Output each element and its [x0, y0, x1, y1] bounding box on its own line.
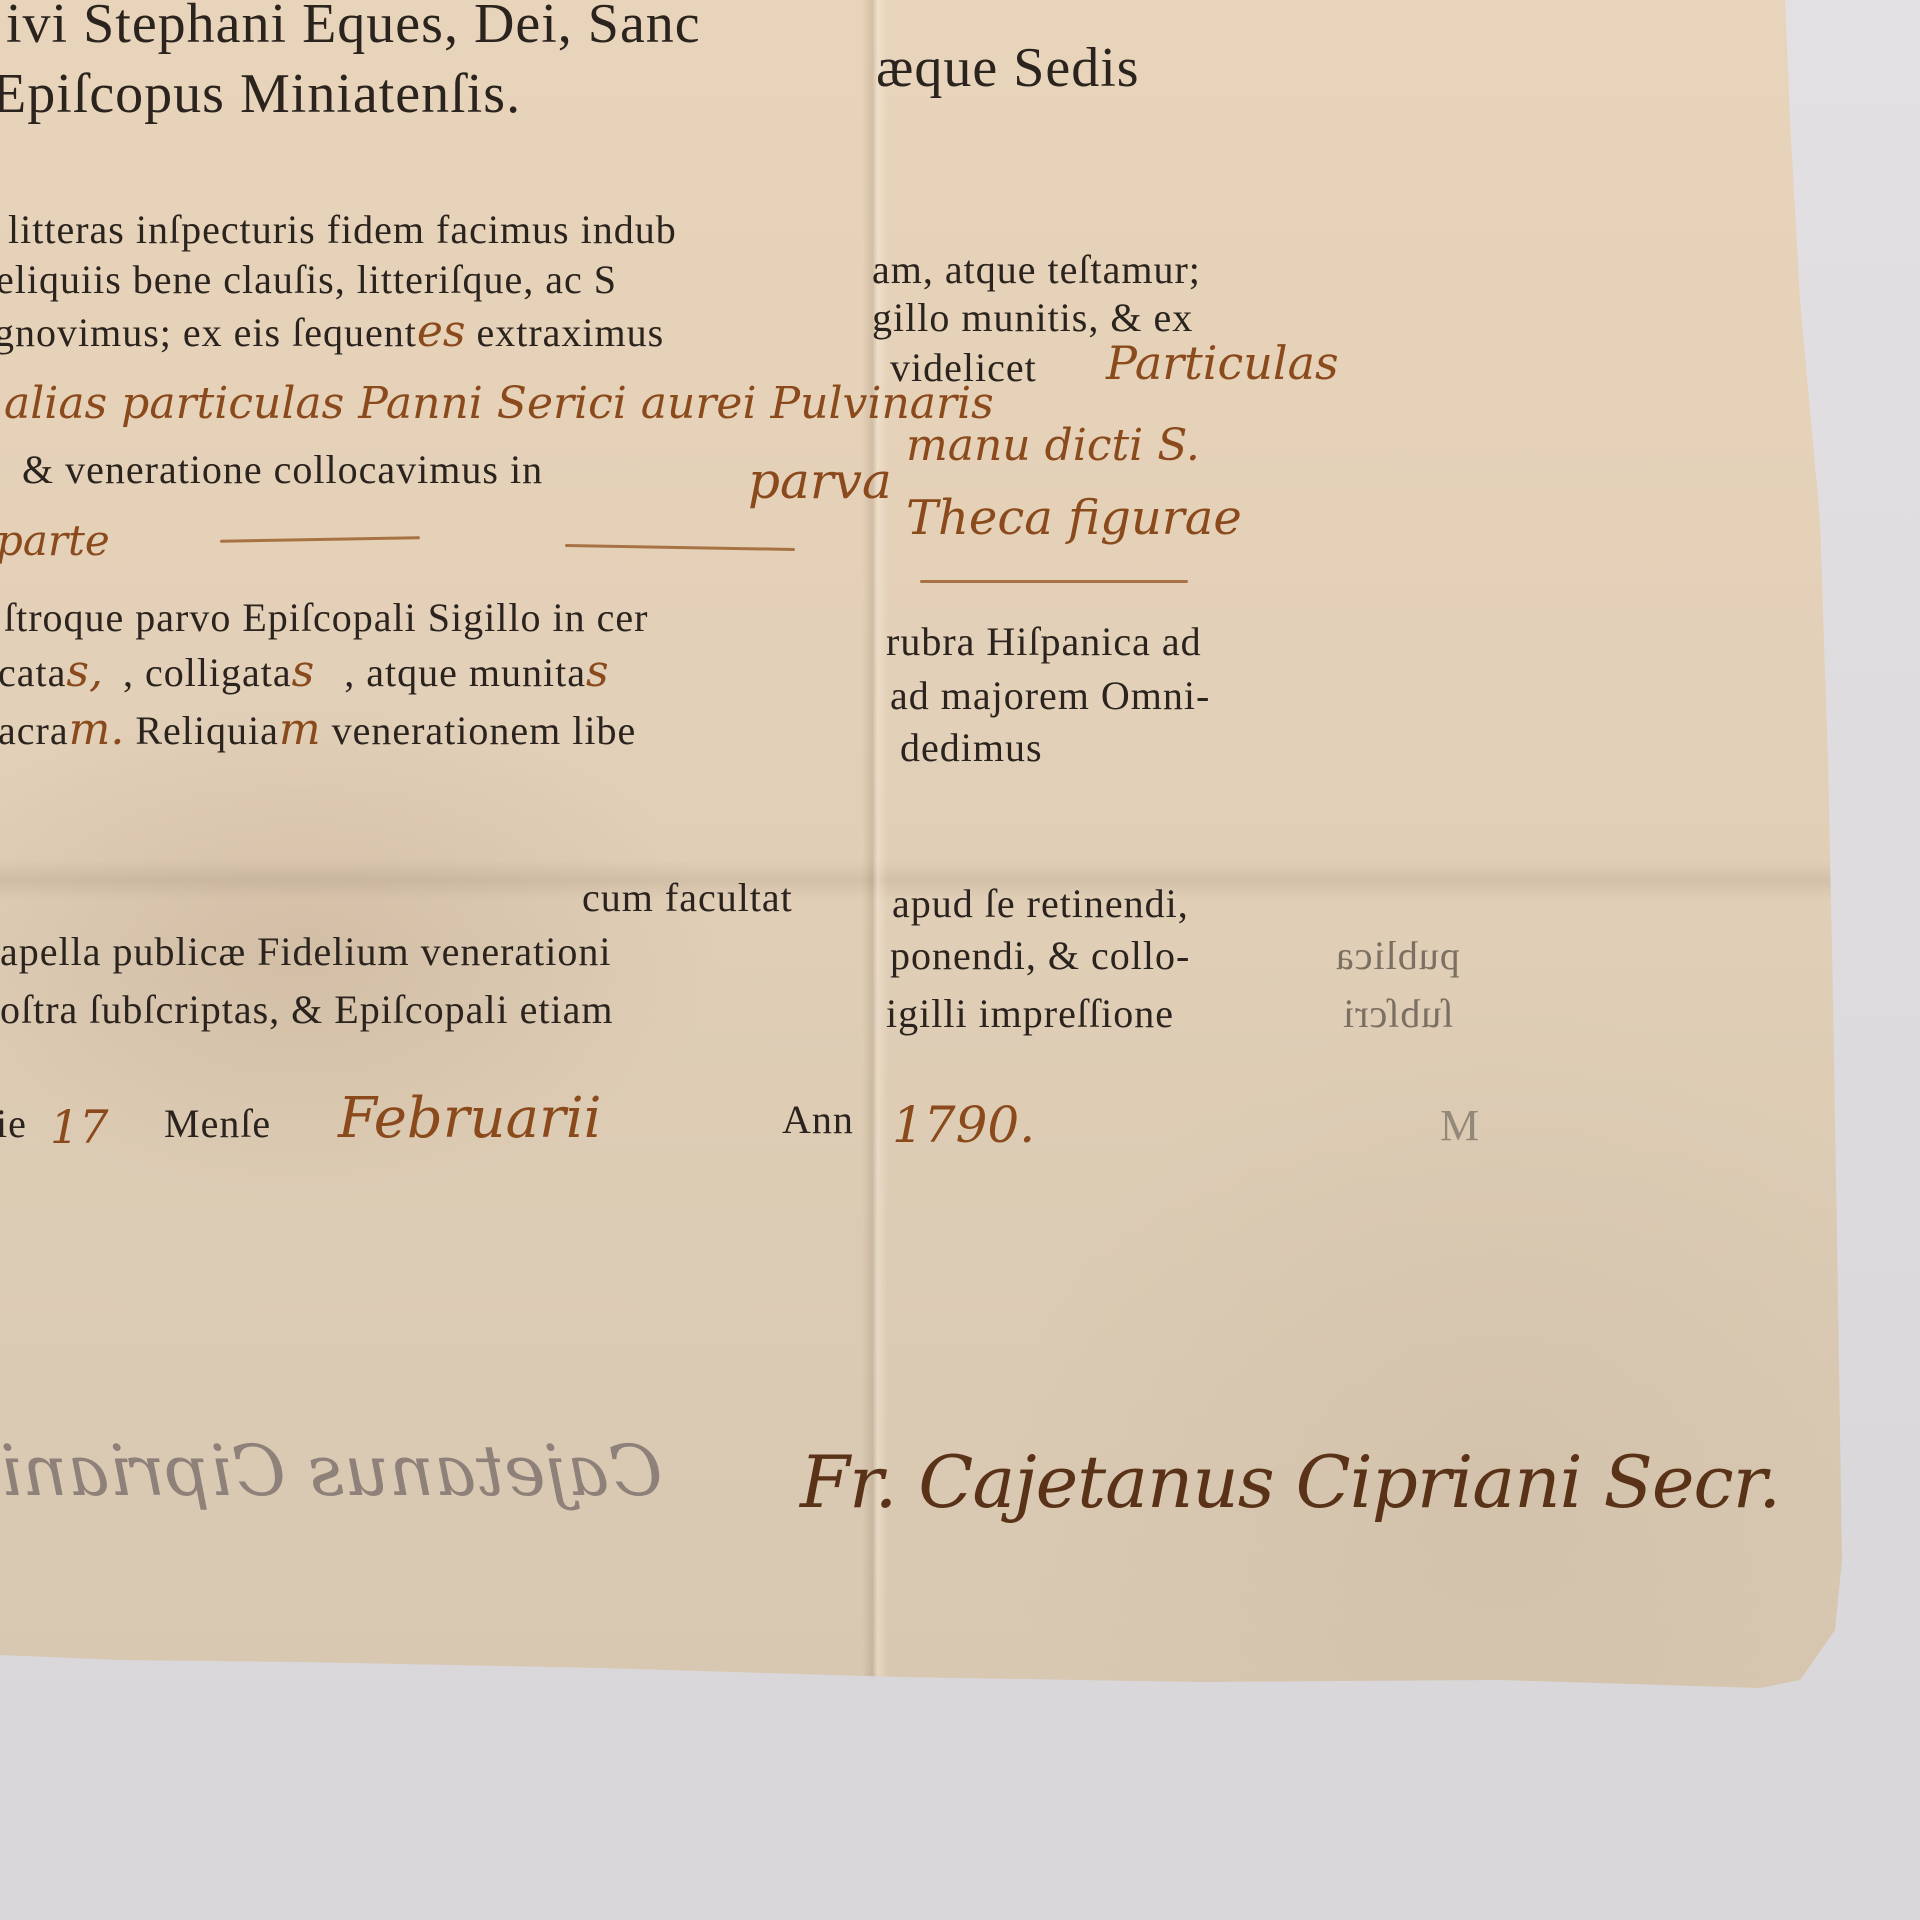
p2-line-2-right: ad majorem Omni-	[890, 672, 1210, 719]
pencil-offset-signature: Cajetanus Cipriani	[0, 1430, 662, 1512]
p1-line-1-left: litteras inſpecturis fidem facimus indub	[8, 206, 677, 253]
p1-hand-line-6: parte	[0, 516, 110, 565]
p2-line-3-text-a: acra	[0, 708, 69, 753]
p1-line-5-hand: parva	[748, 452, 892, 510]
p1-line-5-left: & veneratione collocavimus in	[22, 446, 543, 493]
p3-line-2-left: apella publicæ Fidelium venerationi	[0, 928, 612, 975]
p3-line-1-right: apud ſe retinendi,	[892, 880, 1189, 927]
p1-line-1-right: am, atque teſtamur;	[872, 246, 1201, 293]
document-paper: ivi Stephani Eques, Dei, Sanc æque Sedis…	[0, 0, 1920, 1920]
p1-hand-line-4: alias particulas Panni Serici aurei Pulv…	[4, 378, 994, 429]
date-day-value: 17	[50, 1100, 109, 1154]
date-day-label: ie	[0, 1100, 27, 1147]
p2-line-3-text-b: Reliquia	[124, 708, 279, 753]
p1-line-2-right: gillo munitis, & ex	[872, 294, 1193, 341]
fill-line-2	[565, 544, 795, 551]
fill-line-1	[220, 536, 420, 542]
p1-line-5-right-hand: Theca figurae	[906, 490, 1242, 546]
p2-line-3-left: acram. Reliquiam venerationem libe	[0, 704, 636, 755]
p1-line-3-text-a: gnovimus; ex eis ſequent	[0, 310, 417, 355]
p2-line-2-text-c: , atque munita	[344, 650, 586, 695]
p1-line-3-text-b: extraximus	[465, 310, 664, 355]
date-year-label: Ann	[782, 1096, 854, 1143]
header-line-2: Epiſcopus Miniatenſis.	[0, 62, 521, 126]
p1-line-3-right-hand: Particulas	[1106, 336, 1339, 390]
p1-line-3-left: gnovimus; ex eis ſequentes extraximus	[0, 306, 664, 357]
p2-line-2-text-a: cata	[0, 650, 66, 695]
p3-line-3-left: oſtra ſubſcriptas, & Epiſcopali etiam	[0, 986, 614, 1033]
p2-line-1-right: rubra Hiſpanica ad	[886, 618, 1202, 665]
p1-line-2-left: eliquiis bene clauſis, litteriſque, ac S	[0, 256, 617, 303]
date-month-label: Menſe	[164, 1100, 271, 1147]
p2-line-3-text-c: venerationem libe	[321, 708, 637, 753]
p2-line-1-left: ſtroque parvo Epiſcopali Sigillo in cer	[4, 594, 648, 641]
date-year-value: 1790.	[892, 1096, 1035, 1154]
fill-line-3	[920, 580, 1188, 583]
header-line-1-left: ivi Stephani Eques, Dei, Sanc	[6, 0, 701, 56]
p2-line-2-hand-a: s,	[66, 646, 103, 697]
header-line-1-right: æque Sedis	[876, 36, 1140, 100]
p3-line-3-mirror-offset: ſubſcri	[1342, 990, 1453, 1037]
p3-line-2-mirror-offset: publica	[1335, 932, 1460, 979]
p3-line-1-left: cum facultat	[582, 874, 793, 921]
p3-line-3-right: igilli impreſſione	[886, 990, 1174, 1037]
stamp-mark: M	[1440, 1100, 1479, 1151]
p3-line-2-right: ponendi, & collo-	[890, 932, 1190, 979]
p2-line-3-hand-b: m	[279, 704, 321, 755]
p2-line-2-text-b: , colligata	[123, 650, 292, 695]
p2-line-2-hand-b: s	[292, 646, 315, 697]
date-month-value: Februarii	[338, 1086, 602, 1151]
secretary-signature: Fr. Cajetanus Cipriani Secr.	[800, 1440, 1780, 1524]
p2-line-2-left: catas,, colligatas, atque munitas	[0, 646, 609, 697]
p2-line-3-hand-a: m.	[69, 704, 125, 755]
p2-line-3-right: dedimus	[900, 724, 1043, 771]
p1-line-3-hand: es	[417, 306, 466, 357]
p2-line-2-hand-c: s	[586, 646, 609, 697]
p1-hand-line-4-right: manu dicti S.	[906, 420, 1200, 471]
